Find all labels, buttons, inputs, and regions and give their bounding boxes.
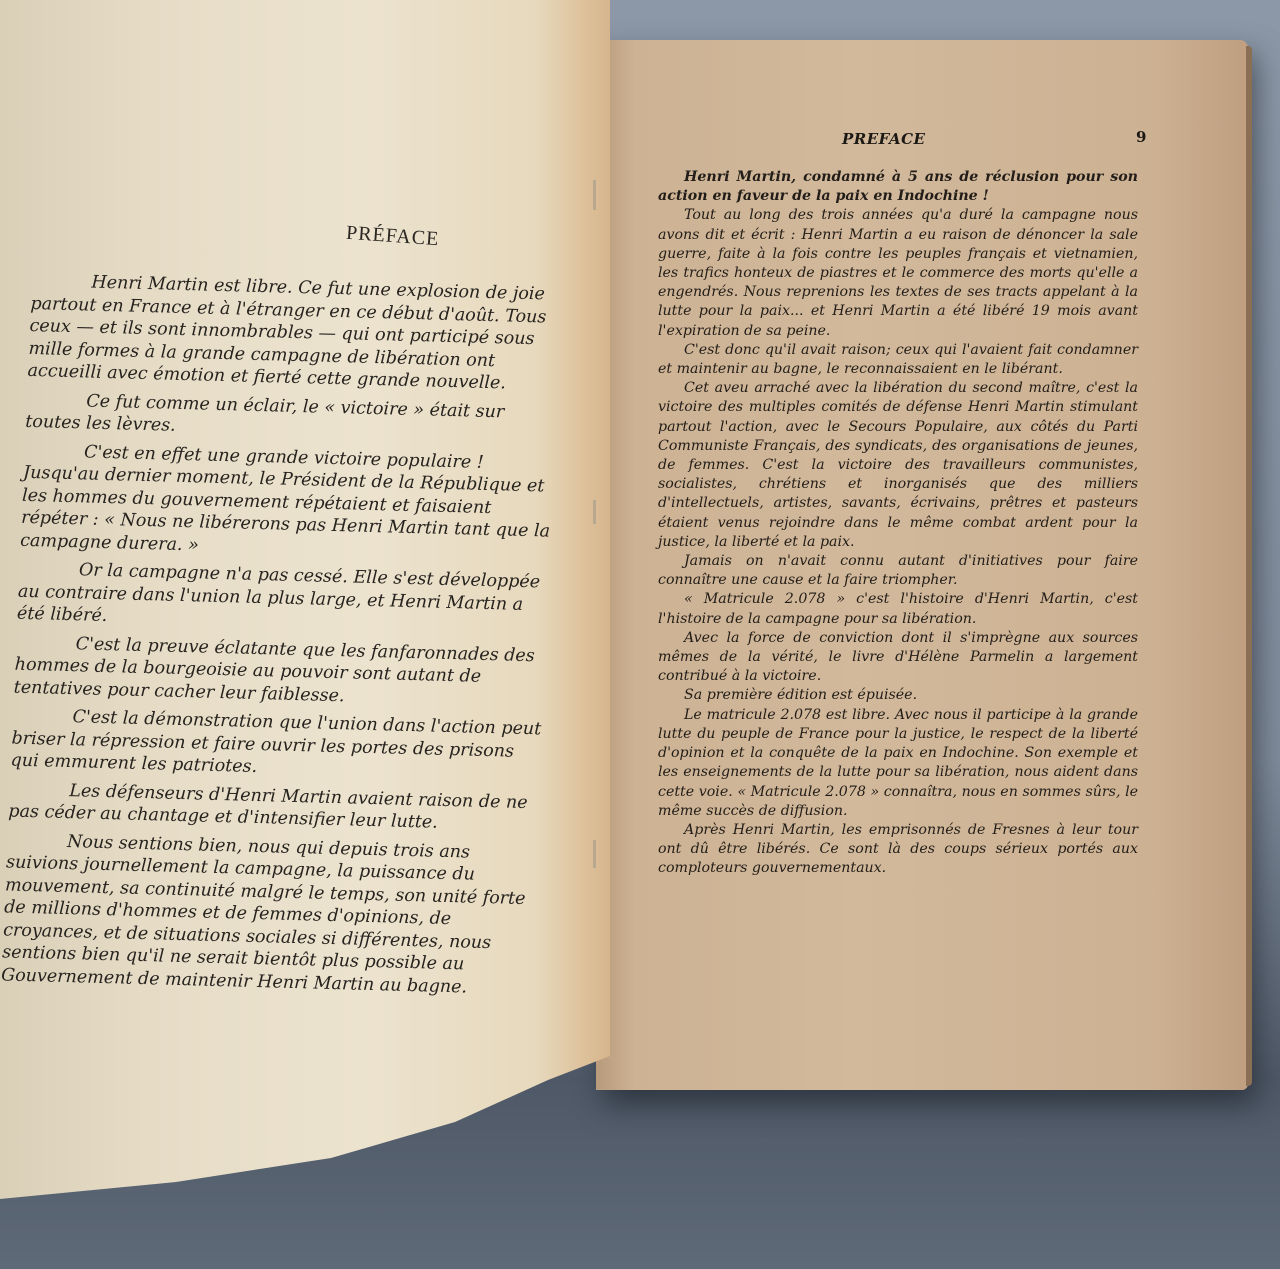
right-page: PREFACE 9 Henri Martin, condamné à 5 ans… (596, 40, 1248, 1090)
binding-stitch (593, 180, 596, 210)
paragraph: C'est la démonstration que l'union dans … (10, 705, 543, 786)
paragraph: C'est en effet une grande victoire popul… (20, 439, 555, 565)
right-page-body: Henri Martin, condamné à 5 ans de réclus… (658, 168, 1138, 879)
paragraph: Après Henri Martin, les emprisonnés de F… (658, 821, 1138, 879)
paragraph: Tout au long des trois années qu'a duré … (658, 206, 1138, 340)
paragraph: Le matricule 2.078 est libre. Avec nous … (658, 706, 1138, 821)
paragraph: Cet aveu arraché avec la libération du s… (658, 379, 1138, 552)
paragraph: « Matricule 2.078 » c'est l'histoire d'H… (658, 590, 1138, 628)
paragraph: Sa première édition est épuisée. (658, 686, 1138, 705)
page-edge (1246, 46, 1252, 1086)
paragraph: Jamais on n'avait connu autant d'initiat… (658, 552, 1138, 590)
paragraph: C'est donc qu'il avait raison; ceux qui … (658, 341, 1138, 379)
paragraph: Ce fut comme un éclair, le « victoire » … (25, 388, 557, 447)
page-number: 9 (1136, 128, 1146, 146)
paragraph: Henri Martin, condamné à 5 ans de réclus… (658, 168, 1138, 206)
paragraph: Or la campagne n'a pas cessé. Elle s'est… (16, 558, 549, 639)
left-page-body: Henri Martin est libre. Ce fut une explo… (0, 270, 561, 1006)
paragraph: Nous sentions bien, nous qui depuis troi… (1, 829, 538, 1000)
book-photo: PREFACE 9 Henri Martin, condamné à 5 ans… (0, 0, 1280, 1269)
paragraph: C'est la preuve éclatante que les fanfar… (13, 631, 546, 712)
binding-stitch (593, 500, 596, 524)
paragraph: Henri Martin est libre. Ce fut une explo… (27, 270, 562, 396)
paragraph: Les défenseurs d'Henri Martin avaient ra… (8, 778, 540, 837)
paragraph: Avec la force de conviction dont il s'im… (658, 629, 1138, 687)
binding-stitch (593, 840, 596, 868)
left-page: PRÉFACE Henri Martin est libre. Ce fut u… (0, 0, 610, 1200)
chapter-heading: PRÉFACE (345, 222, 440, 251)
running-head-title: PREFACE (842, 130, 925, 148)
